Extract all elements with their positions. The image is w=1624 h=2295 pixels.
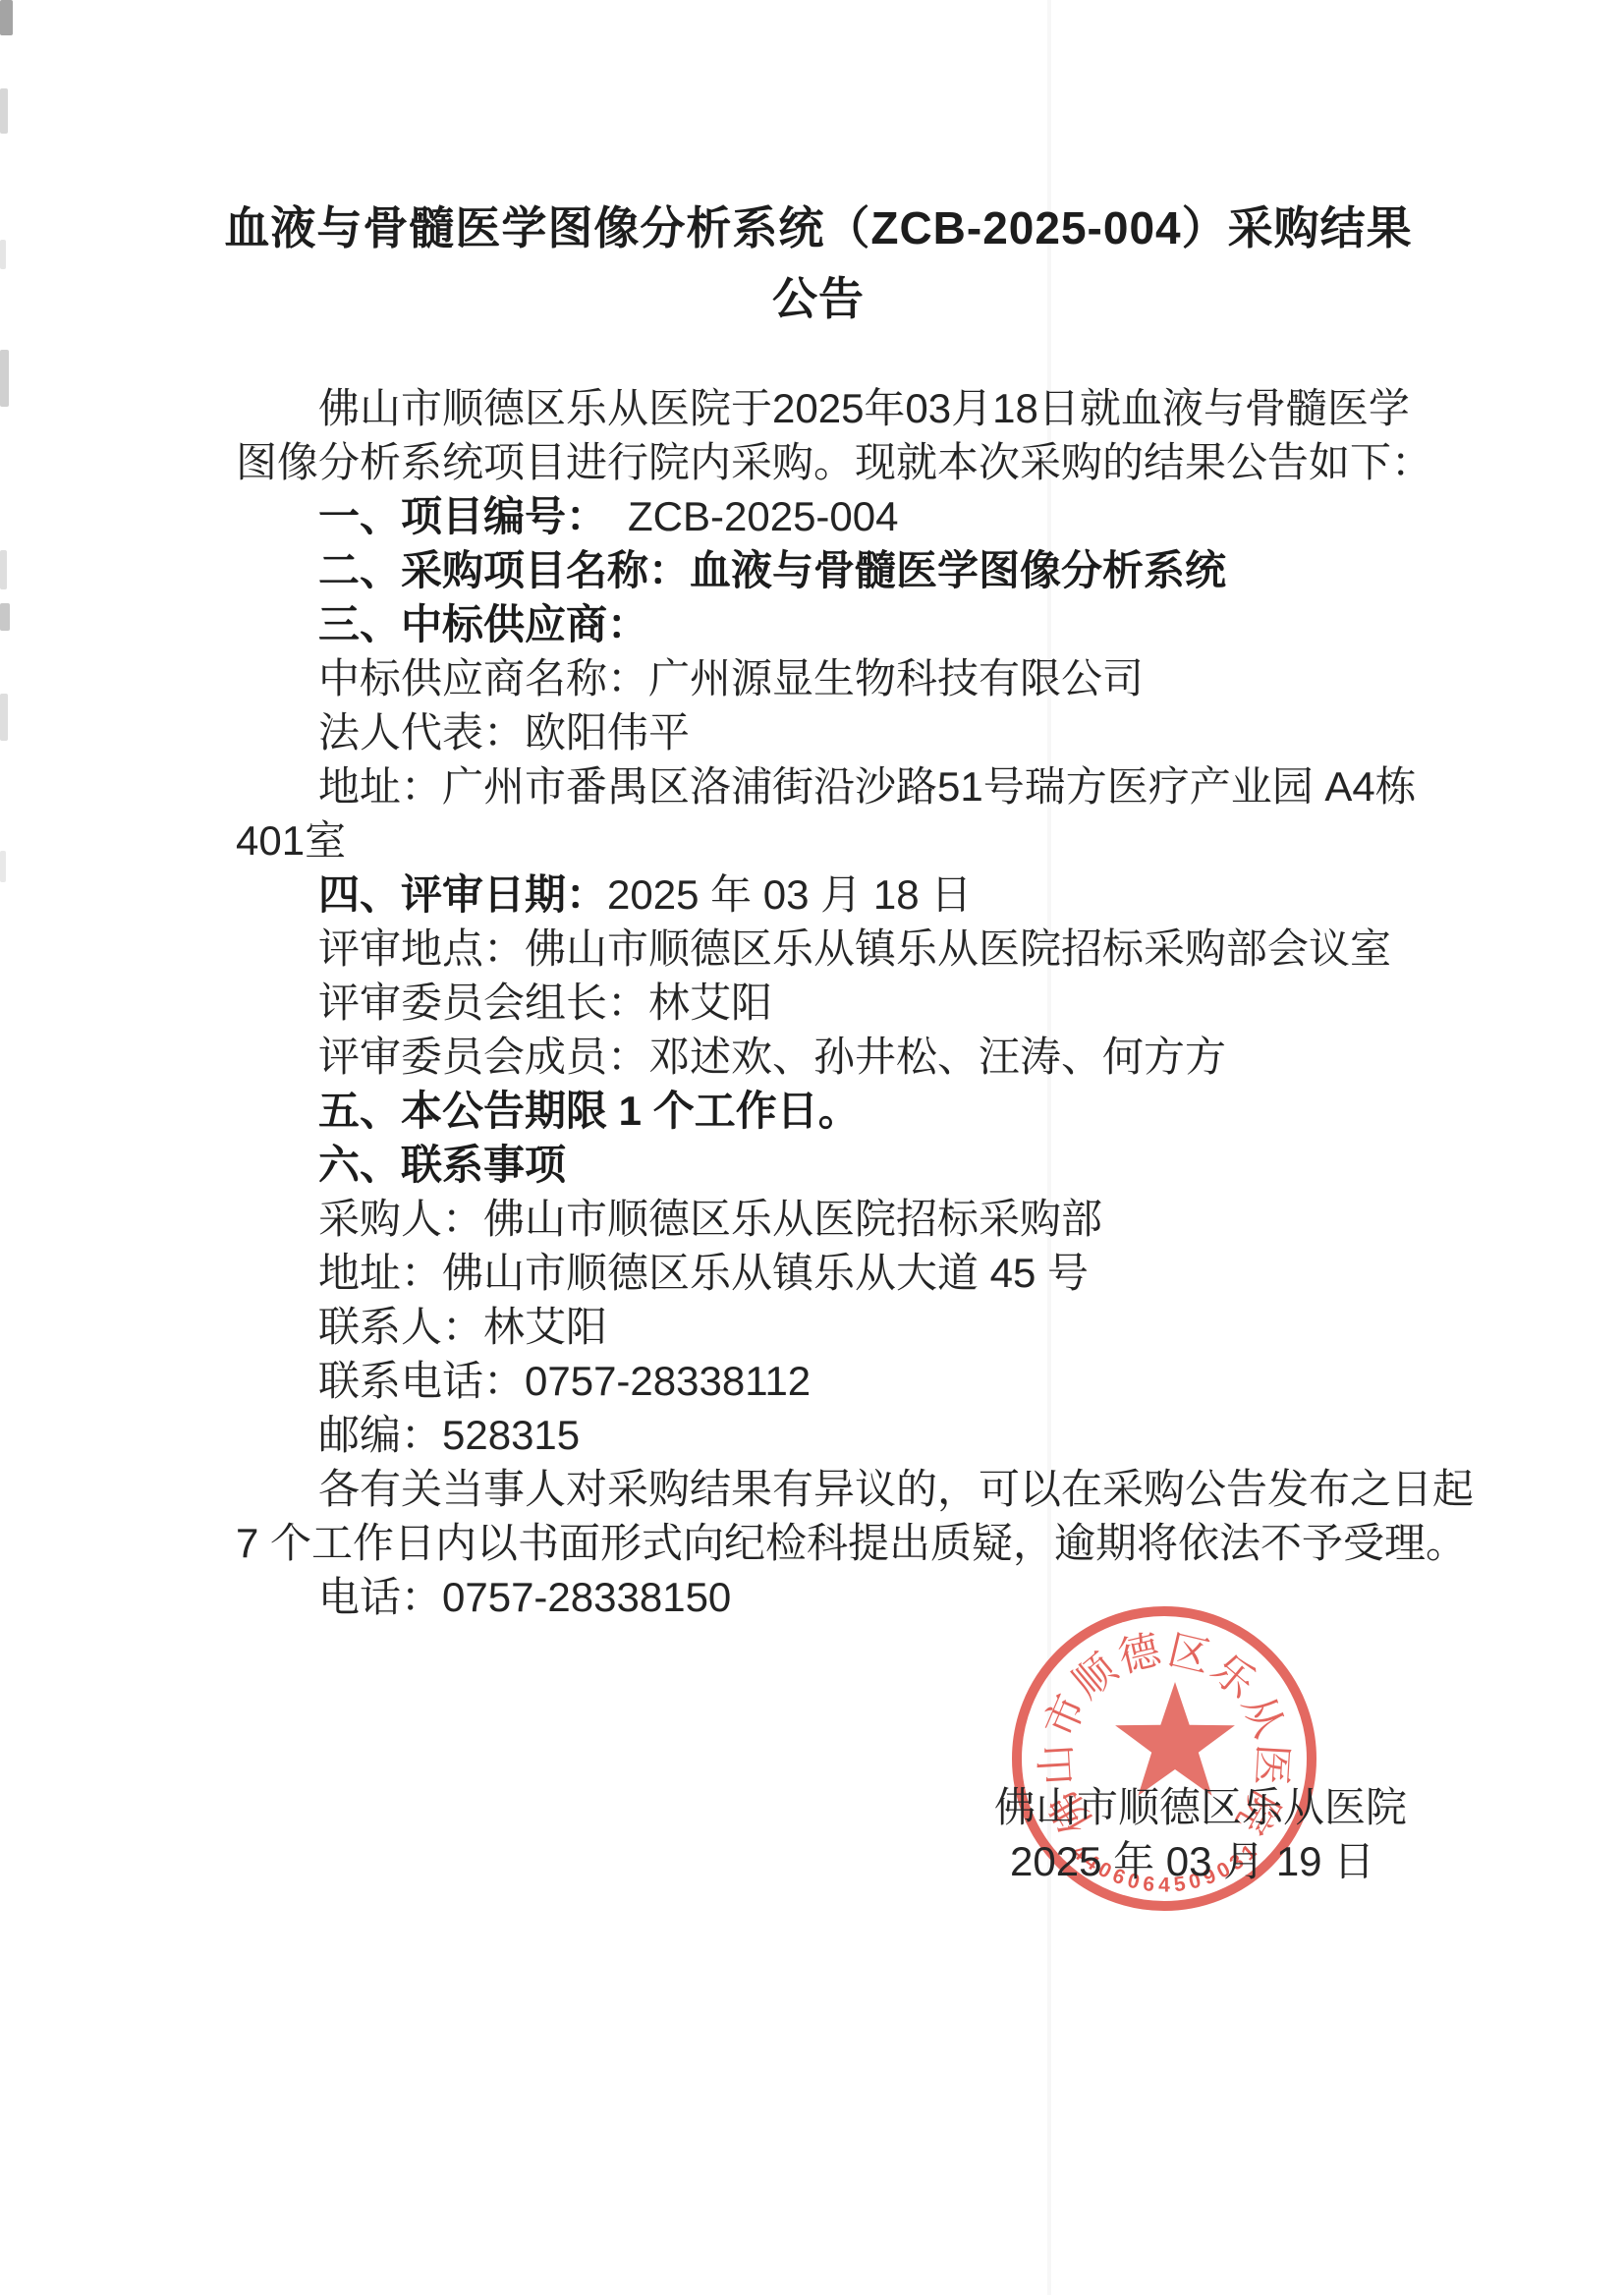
scanned-document-page: 血液与骨髓医学图像分析系统（ZCB-2025-004）采购结果 公告 佛山市顺德… [0, 0, 1624, 2295]
line-text: 评审委员会成员：邓述欢、孙井松、汪涛、何方方 [318, 1034, 1226, 1080]
document-line: 四、评审日期：2025 年 03 月 18 日 [236, 868, 1474, 922]
document-title-line: 血液与骨髓医学图像分析系统（ZCB-2025-004）采购结果 [209, 193, 1428, 263]
line-text: 401室 [236, 817, 346, 864]
line-text: 地址：佛山市顺德区乐从镇乐从大道 45 号 [318, 1250, 1089, 1296]
document-line: 二、采购项目名称：血液与骨髓医学图像分析系统 [236, 543, 1474, 597]
document-title-line: 公告 [209, 263, 1428, 334]
scanner-artifact [0, 694, 8, 741]
line-text: 联系电话：0757-28338112 [318, 1358, 811, 1404]
scanner-artifact [0, 851, 6, 882]
document-line: 联系电话：0757-28338112 [236, 1354, 1474, 1408]
document-line: 法人代表：欧阳伟平 [236, 705, 1474, 759]
svg-text:区: 区 [1164, 1626, 1215, 1680]
document-line: 六、联系事项 [236, 1138, 1474, 1192]
document-line: 采购人：佛山市顺德区乐从医院招标采购部 [236, 1192, 1474, 1246]
document-body: 佛山市顺德区乐从医院于2025年03月18日就血液与骨髓医学图像分析系统项目进行… [236, 381, 1474, 1624]
line-text: 中标供应商名称：广州源显生物科技有限公司 [318, 655, 1144, 701]
scanner-artifact [0, 550, 7, 589]
scanner-artifact [0, 603, 10, 631]
line-text: 邮编：528315 [318, 1412, 580, 1458]
line-text: 五、本公告期限 1 个工作日。 [318, 1088, 860, 1134]
document-line: 各有关当事人对采购结果有异议的，可以在采购公告发布之日起 [236, 1462, 1474, 1516]
line-text: 采购人：佛山市顺德区乐从医院招标采购部 [318, 1196, 1102, 1242]
line-text: 2025 年 03 月 18 日 [607, 871, 972, 918]
line-text: 一、项目编号： [318, 493, 587, 539]
line-text: 四、评审日期： [318, 871, 607, 918]
line-text: 评审委员会组长：林艾阳 [318, 980, 772, 1026]
scanner-artifact [0, 350, 9, 407]
line-text: 各有关当事人对采购结果有异议的，可以在采购公告发布之日起 [318, 1466, 1474, 1512]
line-text: 图像分析系统项目进行院内采购。现就本次采购的结果公告如下： [236, 439, 1432, 485]
line-text: 地址：广州市番禺区洛浦街沿沙路51号瑞方医疗产业园 A4栋 [318, 763, 1417, 810]
line-text: 三、中标供应商： [318, 601, 648, 647]
line-text: ZCB-2025-004 [587, 493, 898, 539]
line-text: 评审地点：佛山市顺德区乐从镇乐从医院招标采购部会议室 [318, 925, 1391, 972]
document-line: 一、项目编号： ZCB-2025-004 [236, 489, 1474, 543]
line-text: 佛山市顺德区乐从医院于2025年03月18日就血液与骨髓医学 [318, 385, 1410, 431]
line-text: 电话：0757-28338150 [318, 1574, 731, 1620]
document-line: 联系人：林艾阳 [236, 1300, 1474, 1354]
document-line: 五、本公告期限 1 个工作日。 [236, 1084, 1474, 1138]
document-line: 7 个工作日内以书面形式向纪检科提出质疑，逾期将依法不予受理。 [236, 1516, 1474, 1570]
scanner-artifact [0, 88, 8, 134]
line-text: 联系人：林艾阳 [318, 1304, 607, 1350]
svg-text:德: 德 [1114, 1626, 1166, 1681]
document-line: 中标供应商名称：广州源显生物科技有限公司 [236, 651, 1474, 705]
document-line: 评审委员会组长：林艾阳 [236, 976, 1474, 1030]
line-text: 7 个工作日内以书面形式向纪检科提出质疑，逾期将依法不予受理。 [236, 1520, 1467, 1566]
document-line: 邮编：528315 [236, 1408, 1474, 1462]
signature-organization: 佛山市顺德区乐从医院 [994, 1780, 1407, 1834]
document-line: 地址：佛山市顺德区乐从镇乐从大道 45 号 [236, 1246, 1474, 1300]
scanner-artifact [0, 0, 13, 35]
document-line: 三、中标供应商： [236, 597, 1474, 651]
document-line: 佛山市顺德区乐从医院于2025年03月18日就血液与骨髓医学 [236, 381, 1474, 435]
line-text: 二、采购项目名称：血液与骨髓医学图像分析系统 [318, 547, 1226, 593]
document-line: 地址：广州市番禺区洛浦街沿沙路51号瑞方医疗产业园 A4栋 [236, 759, 1474, 813]
stamp-star-icon [1115, 1682, 1235, 1796]
signature-date: 2025 年 03 月 19 日 [1010, 1834, 1374, 1888]
scanner-artifact [0, 240, 6, 269]
document-title: 血液与骨髓医学图像分析系统（ZCB-2025-004）采购结果 公告 [209, 193, 1428, 334]
document-line: 401室 [236, 813, 1474, 868]
document-line: 评审地点：佛山市顺德区乐从镇乐从医院招标采购部会议室 [236, 922, 1474, 976]
line-text: 六、联系事项 [318, 1142, 566, 1188]
document-line: 评审委员会成员：邓述欢、孙井松、汪涛、何方方 [236, 1030, 1474, 1084]
line-text: 法人代表：欧阳伟平 [318, 709, 690, 756]
document-line: 图像分析系统项目进行院内采购。现就本次采购的结果公告如下： [236, 435, 1474, 489]
